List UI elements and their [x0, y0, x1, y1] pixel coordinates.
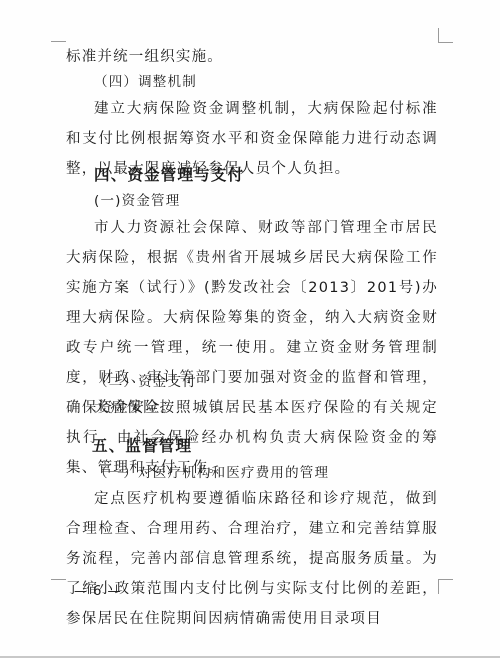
- crop-mark-bottom-right: [438, 579, 453, 594]
- crop-mark-top-right: [438, 28, 453, 43]
- page-number: — 6 —: [74, 584, 122, 599]
- subheading-adjustment-mechanism: （四）调整机制: [94, 67, 466, 97]
- paragraph-medical-institution: 定点医疗机构要遵循临床路径和诊疗规范，做到合理检查、合理用药、合理治疗，建立和完…: [66, 484, 438, 634]
- section-heading-supervision: 五、监督管理: [92, 431, 464, 461]
- document-page: 标准并统一组织实施。 （四）调整机制 建立大病保险资金调整机制，大病保险起付标准…: [0, 0, 500, 656]
- crop-mark-bottom-left: [51, 579, 66, 581]
- crop-mark-top-left: [51, 41, 66, 43]
- subheading-fund-management: (一)资金管理: [94, 186, 466, 216]
